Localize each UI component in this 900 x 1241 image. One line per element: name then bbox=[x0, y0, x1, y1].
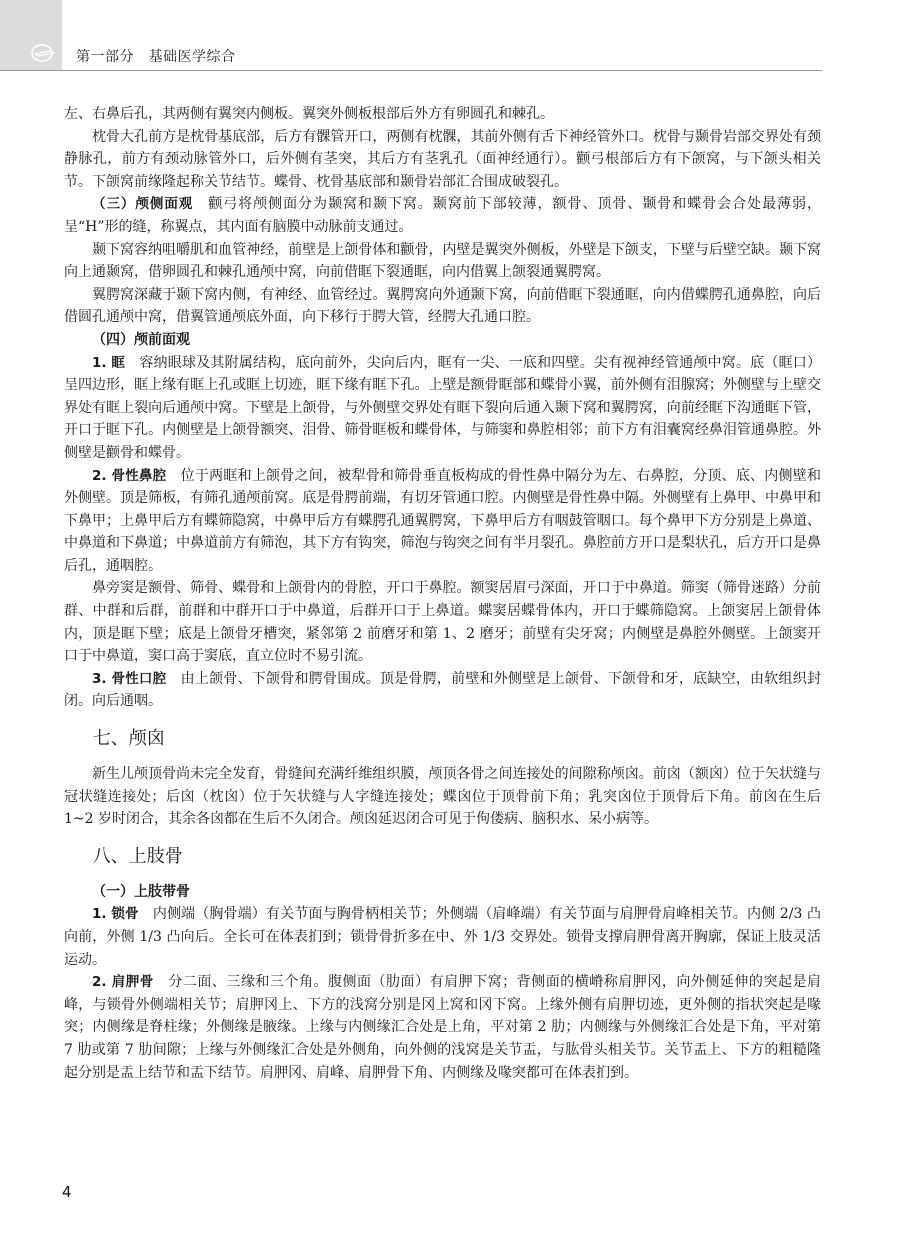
section-heading: 八、上肢骨 bbox=[64, 843, 821, 871]
paragraph: 新生儿颅顶骨尚未完全发育，骨缝间充满纤维组织膜，颅顶各骨之间连接处的间隙称颅囟。… bbox=[64, 763, 821, 831]
item-title: 1. 眶 bbox=[92, 355, 125, 371]
running-header-title: 第一部分 基础医学综合 bbox=[76, 46, 236, 66]
item-text: 位于两眶和上颌骨之间，被犁骨和筛骨垂直板构成的骨性鼻中隔分为左、右鼻腔，分顶、底… bbox=[64, 468, 821, 574]
page-number: 4 bbox=[62, 1183, 72, 1201]
paragraph: 左、右鼻后孔，其两侧有翼突内侧板。翼突外侧板根部后外方有卵圆孔和棘孔。 bbox=[64, 103, 821, 126]
paragraph: 枕骨大孔前方是枕骨基底部，后方有髁管开口，两侧有枕髁，其前外侧有舌下神经管外口。… bbox=[64, 126, 821, 194]
subsection-title: （四）颅前面观 bbox=[64, 329, 821, 352]
item-title: 1. 锁骨 bbox=[92, 906, 139, 922]
paragraph: 鼻旁窦是额骨、筛骨、蝶骨和上颌骨内的骨腔，开口于鼻腔。额窦居眉弓深面，开口于中鼻… bbox=[64, 577, 821, 667]
item-text: 容纳眼球及其附属结构，底向前外，尖向后内，眶有一尖、一底和四壁。尖有视神经管通颅… bbox=[64, 355, 821, 461]
item-title: 3. 骨性口腔 bbox=[92, 671, 166, 687]
paragraph: 翼腭窝深藏于颞下窝内侧，有神经、血管经过。翼腭窝向外通颞下窝，向前借眶下裂通眶，… bbox=[64, 284, 821, 329]
item-clavicle: 1. 锁骨内侧端（胸骨端）有关节面与胸骨柄相关节；外侧端（肩峰端）有关节面与肩胛… bbox=[64, 903, 821, 971]
section-heading: 七、颅囟 bbox=[64, 725, 821, 753]
item-title: 2. 骨性鼻腔 bbox=[92, 468, 166, 484]
item-text: 分二面、三缘和三个角。腹侧面（肋面）有肩胛下窝；背侧面的横嵴称肩胛冈，向外侧延伸… bbox=[64, 974, 821, 1080]
item-text: 由上颌骨、下颌骨和腭骨围成。顶是骨腭，前壁和外侧壁是上颌骨、下颌骨和牙，底缺空，… bbox=[64, 671, 821, 710]
page-body: 左、右鼻后孔，其两侧有翼突内侧板。翼突外侧板根部后外方有卵圆孔和棘孔。 枕骨大孔… bbox=[64, 103, 821, 1084]
subsection-title: （三）颅侧面观 bbox=[92, 196, 193, 212]
item-oral-cavity: 3. 骨性口腔由上颌骨、下颌骨和腭骨围成。顶是骨腭，前壁和外侧壁是上颌骨、下颌骨… bbox=[64, 668, 821, 713]
paragraph: 颞下窝容纳咀嚼肌和血管神经，前壁是上颌骨体和颧骨，内壁是翼突外侧板，外壁是下颌支… bbox=[64, 239, 821, 284]
item-title: 2. 肩胛骨 bbox=[92, 974, 154, 990]
subsection-title: （一）上肢带骨 bbox=[64, 881, 821, 904]
header-rule-left bbox=[0, 70, 62, 71]
item-scapula: 2. 肩胛骨分二面、三缘和三个角。腹侧面（肋面）有肩胛下窝；背侧面的横嵴称肩胛冈… bbox=[64, 971, 821, 1084]
item-text: 内侧端（胸骨端）有关节面与胸骨柄相关节；外侧端（肩峰端）有关节面与肩胛骨肩峰相关… bbox=[64, 906, 821, 967]
item-nasal-cavity: 2. 骨性鼻腔位于两眶和上颌骨之间，被犁骨和筛骨垂直板构成的骨性鼻中隔分为左、右… bbox=[64, 465, 821, 578]
item-orbit: 1. 眶容纳眼球及其附属结构，底向前外，尖向后内，眶有一尖、一底和四壁。尖有视神… bbox=[64, 352, 821, 465]
header-rule bbox=[62, 70, 822, 71]
paragraph-lateral-view: （三）颅侧面观颧弓将颅侧面分为颞窝和颞下窝。颞窝前下部较薄，额骨、顶骨、颞骨和蝶… bbox=[64, 193, 821, 238]
publisher-logo-icon bbox=[30, 44, 56, 62]
